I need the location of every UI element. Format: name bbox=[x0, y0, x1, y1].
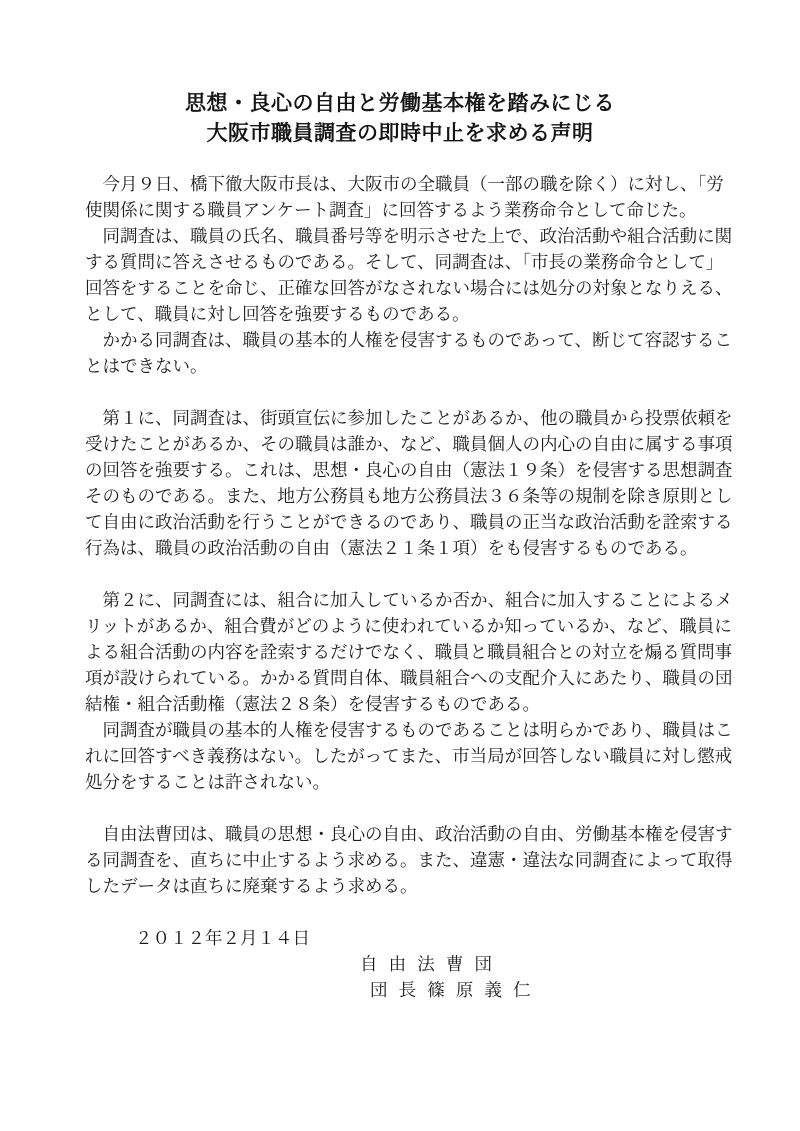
text-line bbox=[85, 380, 715, 406]
text-line: する質問に答えさせるものである。そして、同調査は、「市長の業務命令として」 bbox=[85, 250, 715, 276]
text-line: 処分をすることは許されない。 bbox=[85, 770, 715, 796]
document-title: 思想・良心の自由と労働基本権を踏みにじる 大阪市職員調査の即時中止を求める声明 bbox=[0, 0, 800, 148]
text-line: そのものである。また、地方公務員も地方公務員法３６条等の規制を除き原則とし bbox=[85, 484, 715, 510]
text-line: よる組合活動の内容を詮索するだけでなく、職員と職員組合との対立を煽る質問事 bbox=[85, 640, 715, 666]
text-line: 項が設けられている。かかる質問自体、職員組合への支配介入にあたり、職員の団 bbox=[85, 666, 715, 692]
document-date: ２０１２年２月１４日 bbox=[85, 926, 715, 952]
text-line: 受けたことがあるか、その職員は誰か、など、職員個人の内心の自由に属する事項 bbox=[85, 432, 715, 458]
text-line: 今月９日、橋下徹大阪市長は、大阪市の全職員（一部の職を除く）に対し、「労 bbox=[85, 172, 715, 198]
text-line bbox=[85, 562, 715, 588]
document-body: 今月９日、橋下徹大阪市長は、大阪市の全職員（一部の職を除く）に対し、「労使関係に… bbox=[0, 172, 800, 926]
text-line: 自由法曹団は、職員の思想・良心の自由、政治活動の自由、労働基本権を侵害す bbox=[85, 822, 715, 848]
text-line: 回答をすることを命じ、正確な回答がなされない場合には処分の対象となりえる、 bbox=[85, 276, 715, 302]
document-title-line-2: 大阪市職員調査の即時中止を求める声明 bbox=[0, 118, 800, 148]
text-line: れに回答すべき義務はない。したがってまた、市当局が回答しない職員に対し懲戒 bbox=[85, 744, 715, 770]
text-line: 使関係に関する職員アンケート調査」に回答するよう業務命令として命じた。 bbox=[85, 198, 715, 224]
text-line: として、職員に対し回答を強要するものである。 bbox=[85, 302, 715, 328]
text-line: の回答を強要する。これは、思想・良心の自由（憲法１９条）を侵害する思想調査 bbox=[85, 458, 715, 484]
text-line bbox=[85, 796, 715, 822]
text-line: る同調査を、直ちに中止するよう求める。また、違憲・違法な同調査によって取得 bbox=[85, 848, 715, 874]
text-line: 第１に、同調査は、街頭宣伝に参加したことがあるか、他の職員から投票依頼を bbox=[85, 406, 715, 432]
text-line: とはできない。 bbox=[85, 354, 715, 380]
document-title-line-1: 思想・良心の自由と労働基本権を踏みにじる bbox=[0, 88, 800, 118]
text-line: リットがあるか、組合費がどのように使われているか知っているか、など、職員に bbox=[85, 614, 715, 640]
text-line bbox=[85, 900, 715, 926]
document-page: 思想・良心の自由と労働基本権を踏みにじる 大阪市職員調査の即時中止を求める声明 … bbox=[0, 0, 800, 1131]
text-line: 行為は、職員の政治活動の自由（憲法２１条１項）をも侵害するものである。 bbox=[85, 536, 715, 562]
text-line: 同調査が職員の基本的人権を侵害するものであることは明らかであり、職員はこ bbox=[85, 718, 715, 744]
text-line: 第２に、同調査には、組合に加入しているか否か、組合に加入することによるメ bbox=[85, 588, 715, 614]
signature-organization: 自 由 法 曹 団 bbox=[85, 952, 715, 978]
text-line: て自由に政治活動を行うことができるのであり、職員の正当な政治活動を詮索する bbox=[85, 510, 715, 536]
text-line: 同調査は、職員の氏名、職員番号等を明示させた上で、政治活動や組合活動に関 bbox=[85, 224, 715, 250]
text-line: したデータは直ちに廃棄するよう求める。 bbox=[85, 874, 715, 900]
text-line: 結権・組合活動権（憲法２８条）を侵害するものである。 bbox=[85, 692, 715, 718]
document-closing: ２０１２年２月１４日 自 由 法 曹 団 団 長 篠 原 義 仁 bbox=[0, 926, 800, 1004]
signature-representative: 団 長 篠 原 義 仁 bbox=[85, 978, 715, 1004]
text-line: かかる同調査は、職員の基本的人権を侵害するものであって、断じて容認するこ bbox=[85, 328, 715, 354]
